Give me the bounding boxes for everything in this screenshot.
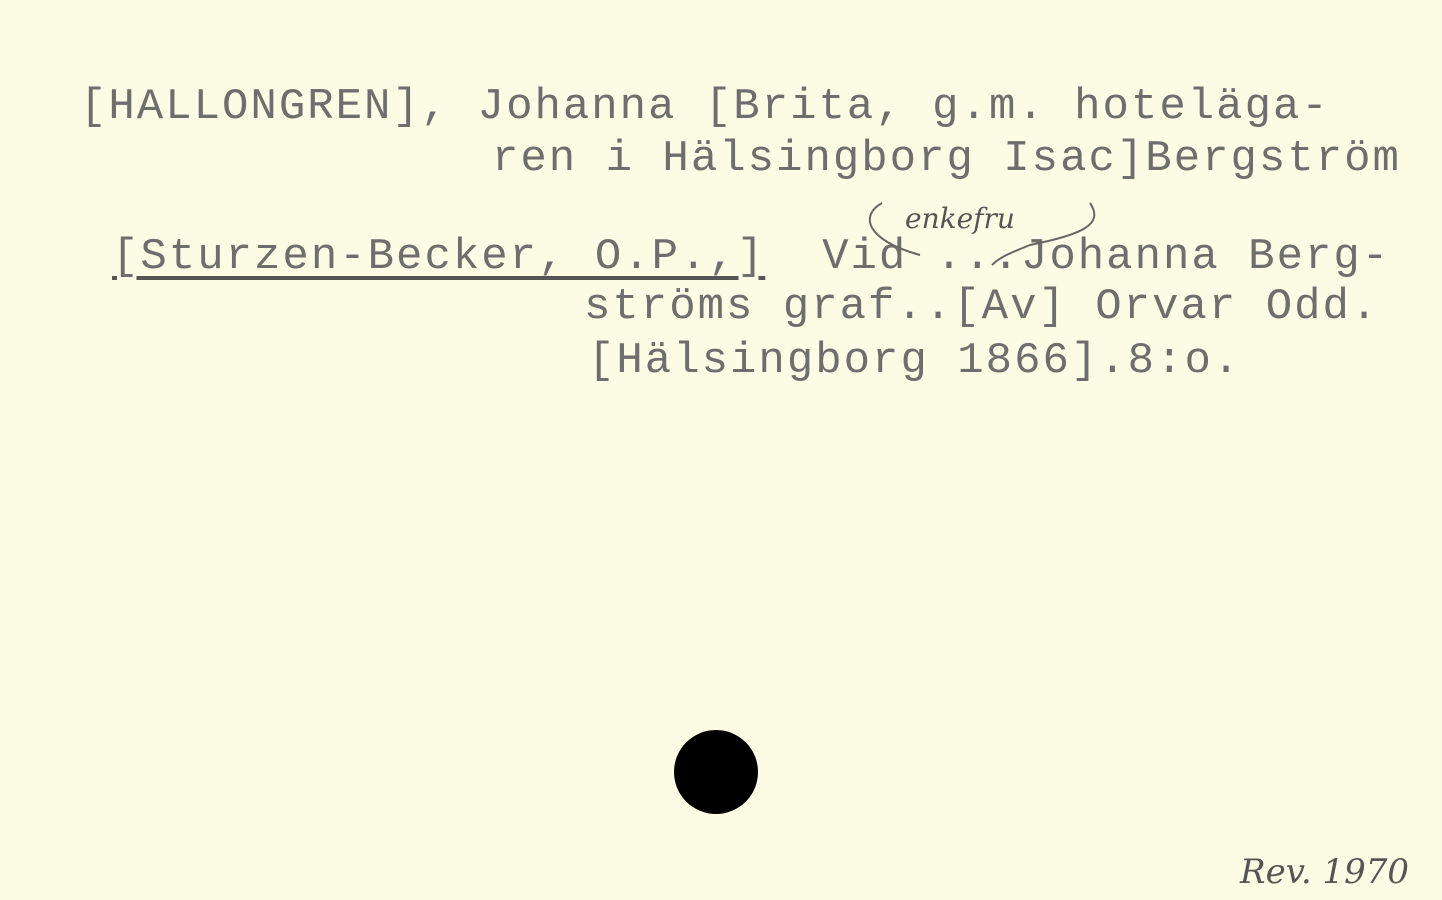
revision-note: Rev. 1970 [1240, 852, 1409, 892]
heading-line-1: [HALLONGREN], Johanna [Brita, g.m. hotel… [80, 82, 1330, 132]
heading-line-2: ren i Hälsingborg Isac]Bergström [492, 134, 1401, 184]
entry-line-1: [Sturzen-Becker, O.P.,] Vid ...Johanna B… [112, 232, 1390, 282]
entry-line-3: [Hälsingborg 1866].8:o. [588, 336, 1241, 386]
handwritten-annotation: enkefru [905, 202, 1015, 235]
entry-line-2: ströms graf..[Av] Orvar Odd. [584, 282, 1379, 332]
author-name: [Sturzen-Becker, O.P.,] [112, 232, 765, 282]
catalog-card: [HALLONGREN], Johanna [Brita, g.m. hotel… [0, 0, 1442, 900]
punch-hole [674, 730, 758, 814]
